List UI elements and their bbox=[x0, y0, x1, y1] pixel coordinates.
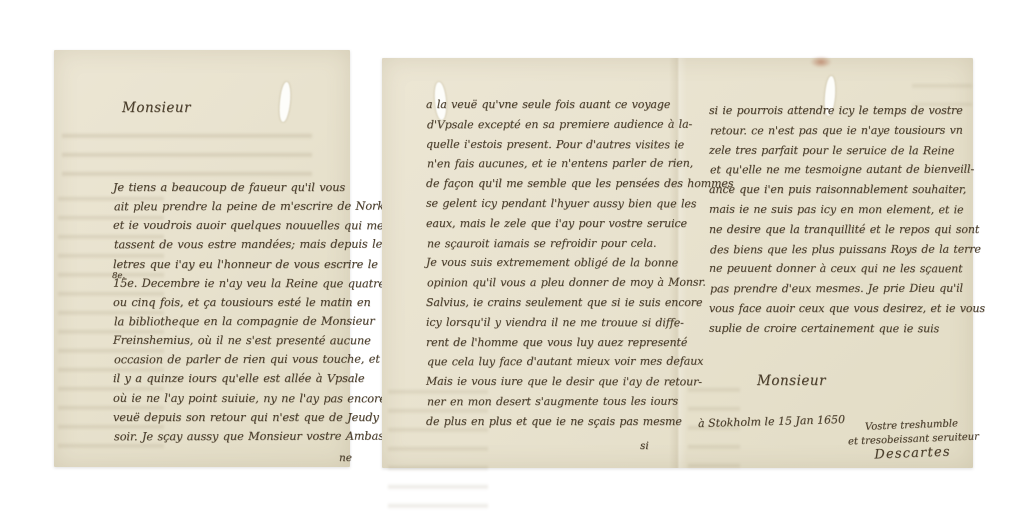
manuscript-line: ne desire que la tranquillité et le repo… bbox=[709, 220, 959, 240]
manuscript-line: icy lorsqu'il y viendra il ne me trouue … bbox=[426, 313, 660, 333]
manuscript-line: la bibliotheque en la compagnie de Monsi… bbox=[114, 312, 352, 332]
dateline: à Stokholm le 15 Jan 1650 bbox=[698, 413, 845, 430]
manuscript-line: vous face auoir ceux que vous desirez, e… bbox=[709, 299, 959, 319]
manuscript-line: suplie de croire certainement que ie sui… bbox=[709, 319, 959, 339]
manuscript-line: de façon qu'il me semble que les pensées… bbox=[426, 174, 660, 194]
manuscript-line: si ie pourrois attendre icy le temps de … bbox=[709, 101, 959, 121]
ink-showthrough bbox=[62, 122, 312, 182]
manuscript-line: pas prendre d'eux mesmes. Je prie Dieu q… bbox=[710, 279, 960, 299]
manuscript-line: des biens que les plus puissans Roys de … bbox=[710, 239, 960, 259]
manuscript-line: soir. Je sçay aussy que Monsieur vostre … bbox=[114, 427, 352, 447]
manuscript-line: Mais ie vous iure que le desir que i'ay … bbox=[426, 372, 660, 392]
letter-body-page-1: Je tiens a beaucoup de faueur qu'il vous… bbox=[113, 178, 351, 446]
manuscript-line: a la veuë qu'vne seule fois auant ce voy… bbox=[426, 95, 660, 115]
manuscript-line: où ie ne l'ay point suiuie, ny ne l'ay p… bbox=[113, 388, 351, 408]
manuscript-line: quelle i'estois present. Pour d'autres v… bbox=[426, 134, 660, 154]
manuscript-line: opinion qu'il vous a pleu donner de moy … bbox=[427, 273, 661, 293]
manuscript-bifolium: a la veuë qu'vne seule fois auant ce voy… bbox=[382, 58, 973, 468]
manuscript-line: veuë depuis son retour qui n'est que de … bbox=[113, 408, 351, 427]
manuscript-line: n'en fais aucunes, et ie n'entens parler… bbox=[427, 154, 661, 174]
manuscript-line: letres que i'ay eu l'honneur de vous esc… bbox=[113, 255, 351, 274]
manuscript-line: Salvius, ie crains seulement que si ie s… bbox=[426, 293, 660, 313]
manuscript-line: ance que i'en puis raisonnablement souha… bbox=[709, 180, 959, 200]
manuscript-line: Freinshemius, où il ne s'est presenté au… bbox=[113, 331, 351, 351]
catchword: ne bbox=[339, 452, 352, 464]
manuscript-line: il y a quinze iours qu'elle est allée à … bbox=[113, 369, 351, 388]
manuscript-line: Je vous suis extremement obligé de la bo… bbox=[426, 253, 660, 273]
letter-body-page-2: a la veuë qu'vne seule fois auant ce voy… bbox=[426, 95, 660, 432]
photograph-background: Monsieur 8e. Je tiens a beaucoup de faue… bbox=[0, 0, 1024, 527]
manuscript-line: d'Vpsale excepté en sa premiere audience… bbox=[427, 114, 661, 134]
manuscript-line: ne sçauroit iamais se refroidir pour cel… bbox=[427, 233, 661, 253]
catchword: si bbox=[640, 440, 649, 452]
manuscript-line: Je tiens a beaucoup de faueur qu'il vous bbox=[113, 178, 351, 197]
manuscript-line: ner en mon desert s'augmente tous les io… bbox=[427, 392, 661, 412]
manuscript-line: 15e. Decembre ie n'ay veu la Reine que q… bbox=[113, 273, 351, 293]
manuscript-line: ne peuuent donner à ceux qui ne les sçau… bbox=[709, 259, 959, 279]
manuscript-line: rent de l'homme que vous luy auez repres… bbox=[426, 333, 660, 353]
wax-stain bbox=[810, 56, 832, 68]
manuscript-line: ou cinq fois, et ça tousiours esté le ma… bbox=[113, 293, 351, 312]
manuscript-line: ait pleu prendre la peine de m'escrire d… bbox=[114, 197, 352, 217]
closing-salutation: Monsieur bbox=[757, 373, 826, 389]
manuscript-line: et ie voudrois auoir quelques nouuelles … bbox=[113, 216, 351, 236]
manuscript-line: eaux, mais le zele que i'ay pour vostre … bbox=[426, 214, 660, 234]
valediction-block: Vostre treshumble et tresobeissant serui… bbox=[847, 417, 977, 464]
manuscript-line: tassent de vous estre mandées; mais depu… bbox=[114, 235, 352, 255]
manuscript-line: se gelent icy pendant l'hyuer aussy bien… bbox=[426, 194, 660, 214]
manuscript-line: mais ie ne suis pas icy en mon element, … bbox=[709, 200, 959, 220]
manuscript-line: retour. ce n'est pas que ie n'aye tousio… bbox=[710, 120, 960, 140]
manuscript-line: et qu'elle ne me tesmoigne autant de bie… bbox=[710, 160, 960, 180]
manuscript-line: occasion de parler de rien qui vous touc… bbox=[114, 350, 352, 370]
letter-body-page-3: si ie pourrois attendre icy le temps de … bbox=[709, 101, 959, 339]
salutation: Monsieur bbox=[122, 100, 191, 116]
manuscript-line: zele tres parfait pour le seruice de la … bbox=[709, 140, 959, 160]
paper-tear-mark bbox=[278, 82, 292, 123]
manuscript-line: que cela luy face d'autant mieux voir me… bbox=[427, 352, 661, 372]
manuscript-line: de plus en plus et que ie ne sçais pas m… bbox=[426, 412, 660, 432]
manuscript-page-1: Monsieur 8e. Je tiens a beaucoup de faue… bbox=[54, 50, 350, 467]
